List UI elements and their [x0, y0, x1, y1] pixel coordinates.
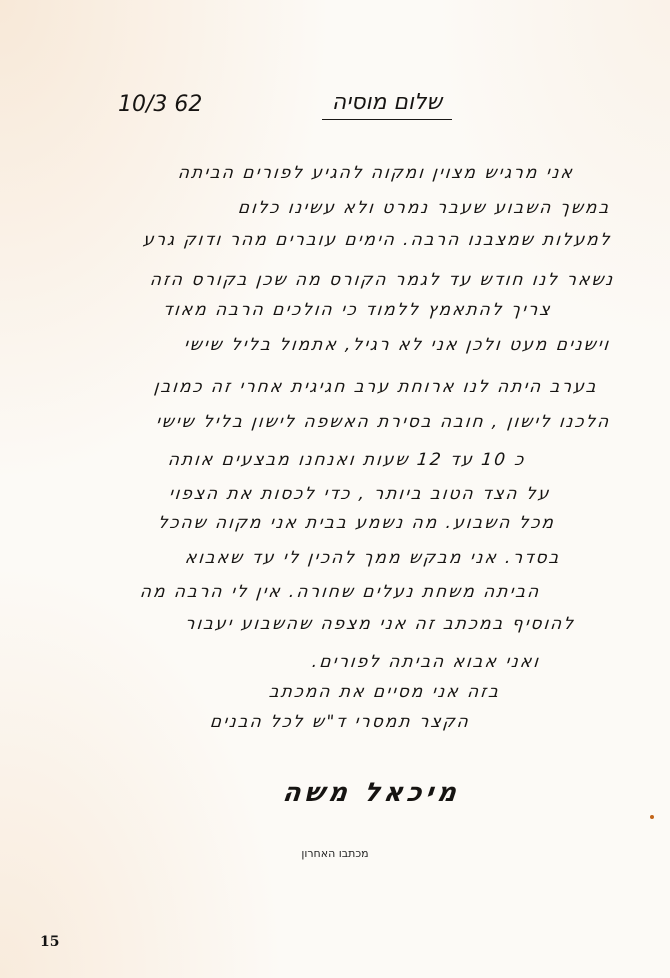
letter-body-line: להוסיף במכתב זה אני מצפה שהשבוע יעבור [184, 614, 576, 634]
letter-signature: מיכאל משה [281, 778, 462, 808]
letter-body-line: הביתה משחת נעלים שחורה. אין לי הרבה מה [139, 582, 541, 602]
letter-body-line: נשאר לנו חודש עד לגמר הקורס מה שכן בקורס… [149, 270, 615, 290]
letter-body-line: צריך להתאמץ ללמוד כי הולכים הרבה מאוד [162, 300, 553, 320]
scanned-page: 10/3 62 שלום מוסיה אני מרגיש מצוין ומקוה… [0, 0, 670, 978]
page-number: 15 [40, 934, 59, 950]
letter-body-line: בערב היתה לנו ארוחת ערב חגיגית אחרי זה כ… [153, 377, 599, 397]
letter-body-line: למעלות שמצבנו הרבה. הימים עוברים מהר ודו… [142, 230, 613, 250]
letter-body-line: כ 10 עד 12 שעות ואנחנו מבצעים אותה [167, 450, 526, 470]
letter-body-line: הלכנו לישון , חובה בסירת האשפה לישון בלי… [155, 412, 611, 432]
letter-body-line: על הצד הטוב ביותר , כדי לכסות את הצפוי [168, 484, 551, 504]
letter-closing-line: בזה אני מסיים את המכתב [268, 682, 501, 702]
letter-body-line: בסדר. אני מבקש ממך להכין לי עד שאבוא [183, 548, 561, 568]
paper-stain [650, 815, 654, 819]
letter-body-line: וישנים מעט ולכן אני לא רגיל, אתמול בליל … [183, 335, 611, 355]
letter-greeting: שלום מוסיה [322, 90, 452, 120]
letter-closing-line: הקצר תמסרי ד"ש לכל הבנים [209, 712, 471, 732]
letter-body-line: ואני אבוא הביתה לפורים. [311, 652, 541, 672]
letter-body-line: מכל השבוע. מה נשמע בבית אני מקוה שהכל [157, 513, 556, 533]
letter-body-line: במשך השבוע שעבר נמרט ולא עשינו כלום [236, 198, 611, 218]
letter-date: 10/3 62 [118, 92, 202, 117]
page-caption: מכתבו האחרון [0, 847, 670, 860]
letter-body-line: אני מרגיש מצוין ומקוה להגיע לפורים הביתה [177, 163, 575, 183]
